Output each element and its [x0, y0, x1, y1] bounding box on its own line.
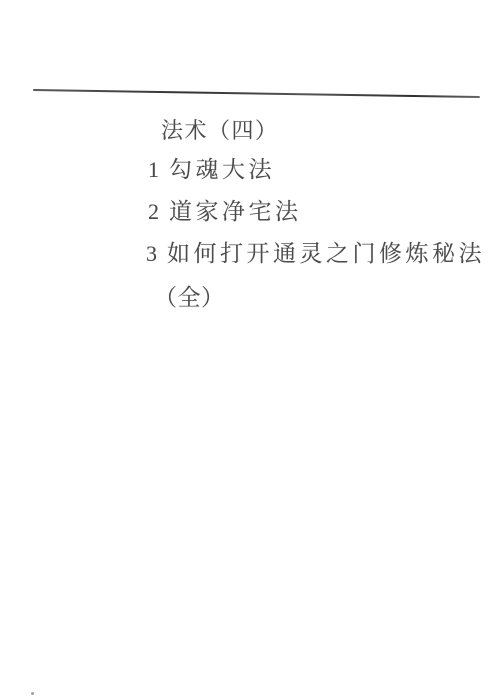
toc-item-number: 3 [146, 243, 167, 265]
header-rule [33, 89, 480, 98]
title-continuation: （全） [154, 286, 225, 309]
scanned-book-page: 法术（四） 1勾魂大法 2道家净宅法 3如何打开通灵之门修炼秘法 （全） [0, 0, 489, 698]
toc-item-title: 道家净宅法 [169, 199, 302, 224]
toc-item-title: 如何打开通灵之门修炼秘法 [167, 241, 485, 266]
toc-item: 2道家净宅法 [148, 200, 302, 223]
toc-item-title: 勾魂大法 [169, 157, 275, 182]
toc-item-number: 1 [148, 159, 169, 181]
scan-artifact-dot [31, 692, 34, 695]
toc-item: 1勾魂大法 [148, 158, 275, 181]
toc-item-number: 2 [148, 201, 169, 223]
toc-item: 3如何打开通灵之门修炼秘法 [146, 242, 485, 265]
page-title: 法术（四） [161, 120, 279, 142]
